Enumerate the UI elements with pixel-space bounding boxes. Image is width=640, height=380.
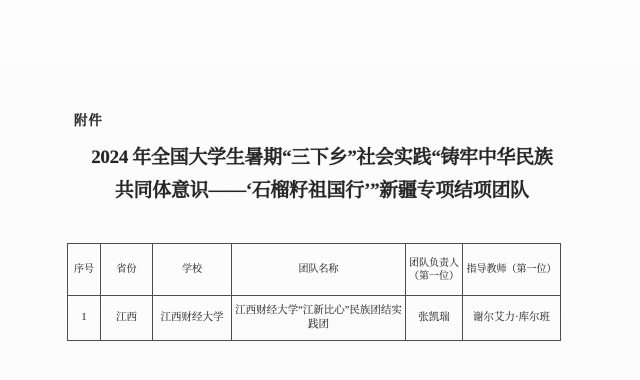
document-title-line2: 共同体意识——‘石榴籽祖国行’”新疆专项结项团队 — [63, 174, 581, 207]
table-row: 1 江西 江西财经大学 江西财经大学“江新比心”民族团结实践团 张凯瑞 谢尔艾力… — [68, 296, 561, 341]
teams-table: 序号 省份 学校 团队名称 团队负责人（第一位） 指导教师（第一位） 1 江西 … — [67, 243, 561, 341]
document-title-line1: 2024 年全国大学生暑期“三下乡”社会实践“铸牢中华民族 — [63, 141, 581, 174]
cell-index: 1 — [68, 296, 101, 341]
cell-advisor: 谢尔艾力·库尔班 — [463, 296, 561, 341]
header-advisor: 指导教师（第一位） — [463, 244, 561, 296]
document-page: 附件 2024 年全国大学生暑期“三下乡”社会实践“铸牢中华民族 共同体意识——… — [0, 0, 640, 380]
teams-table-container: 序号 省份 学校 团队名称 团队负责人（第一位） 指导教师（第一位） 1 江西 … — [67, 243, 561, 341]
header-school: 学校 — [153, 244, 232, 296]
attachment-label: 附件 — [74, 109, 103, 129]
header-team-name: 团队名称 — [232, 244, 406, 296]
document-title: 2024 年全国大学生暑期“三下乡”社会实践“铸牢中华民族 共同体意识——‘石榴… — [63, 141, 581, 207]
header-province: 省份 — [101, 244, 153, 296]
cell-province: 江西 — [101, 296, 153, 341]
cell-team-name: 江西财经大学“江新比心”民族团结实践团 — [232, 296, 406, 341]
cell-team-leader: 张凯瑞 — [406, 296, 463, 341]
header-team-leader: 团队负责人（第一位） — [406, 244, 463, 296]
table-header-row: 序号 省份 学校 团队名称 团队负责人（第一位） 指导教师（第一位） — [68, 244, 561, 296]
header-index: 序号 — [68, 244, 101, 296]
cell-school: 江西财经大学 — [153, 296, 232, 341]
